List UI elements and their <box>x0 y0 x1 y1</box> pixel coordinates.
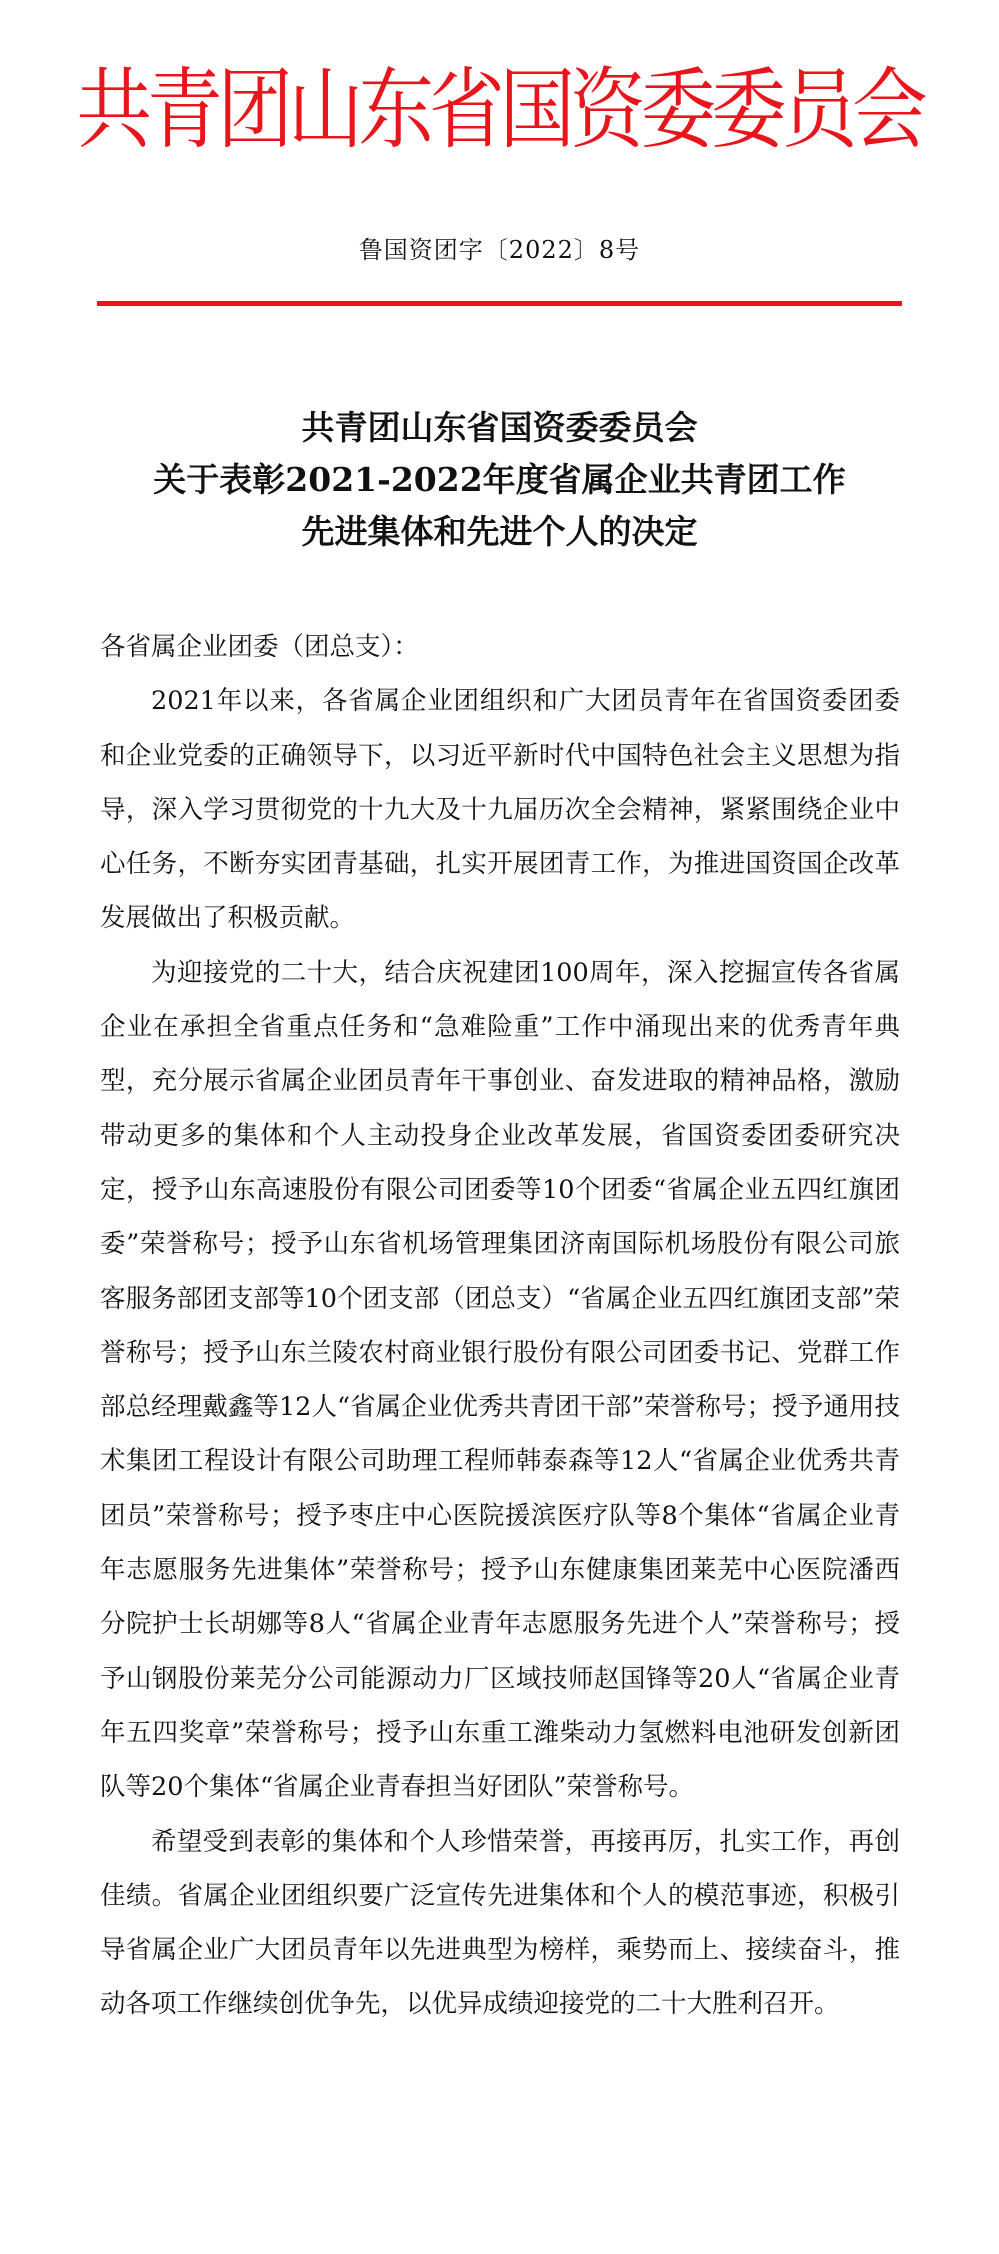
salutation: 各省属企业团委（团总支）： <box>100 620 900 674</box>
document-body: 各省属企业团委（团总支）： 2021年以来，各省属企业团组织和广大团员青年在省国… <box>100 620 900 2032</box>
paragraph-2: 为迎接党的二十大，结合庆祝建团100周年，深入挖掘宣传各省属企业在承担全省重点任… <box>100 946 900 1815</box>
red-divider-line <box>97 301 902 306</box>
title-line-3: 先进集体和先进个人的决定 <box>0 506 999 558</box>
document-number: 鲁国资团字〔2022〕8号 <box>0 232 999 268</box>
document-title: 共青团山东省国资委委员会 关于表彰2021-2022年度省属企业共青团工作 先进… <box>0 402 999 558</box>
paragraph-1: 2021年以来，各省属企业团组织和广大团员青年在省国资委团委和企业党委的正确领导… <box>100 674 900 945</box>
title-line-1: 共青团山东省国资委委员会 <box>0 402 999 454</box>
issuer-red-header: 共青团山东省国资委委员会 <box>70 58 929 162</box>
paragraph-3: 希望受到表彰的集体和个人珍惜荣誉，再接再厉，扎实工作，再创佳绩。省属企业团组织要… <box>100 1815 900 2032</box>
title-line-2: 关于表彰2021-2022年度省属企业共青团工作 <box>0 454 999 506</box>
